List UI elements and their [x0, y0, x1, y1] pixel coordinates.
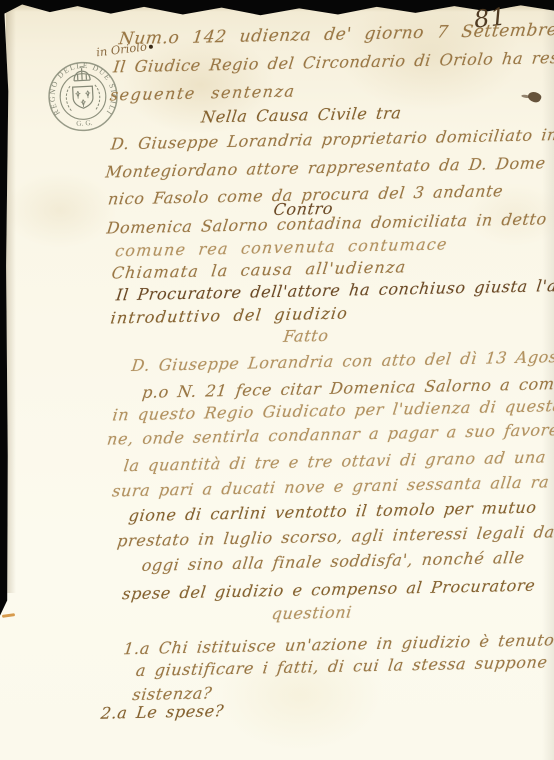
manuscript-line: gione di carlini ventotto il tomolo per …: [128, 498, 538, 526]
manuscript-line: Nella Causa Civile tra: [53, 100, 549, 129]
manuscript-line: 2.a Le spese?: [100, 701, 225, 723]
manuscript-line: Montegiordano attore rappresentato da D.…: [104, 153, 546, 181]
manuscript: Num.o 142 udienza de' giorno 7 Settembre…: [0, 0, 554, 760]
manuscript-line: sura pari a ducati nove e grani sessanta…: [111, 472, 550, 500]
manuscript-line: Chiamata la causa all'udienza: [111, 257, 408, 282]
manuscript-line: seguente sentenza: [109, 82, 297, 105]
manuscript-line: D. Giuseppe Lorandria con atto del dì 13…: [131, 347, 554, 375]
manuscript-line: ne, onde sentirla condannar a pagar a su…: [106, 420, 554, 449]
manuscript-line: introduttivo del giudizio: [110, 303, 350, 327]
manuscript-line: oggi sino alla finale soddisfa', nonché …: [141, 548, 526, 575]
manuscript-line: prestato in luglio scorso, agli interess…: [116, 522, 554, 550]
manuscript-line: D. Giuseppe Lorandria proprietario domic…: [110, 125, 554, 153]
manuscript-line: Num.o 142 udienza de' giorno 7 Settembre…: [118, 19, 554, 50]
manuscript-line: Il Giudice Regio del Circondario di Orio…: [112, 47, 554, 76]
manuscript-line: la quantità di tre e tre ottavi di grano…: [123, 447, 554, 476]
document-scan: REGNO DELLE DUE SICILIE G. G. 81 in Orio…: [0, 0, 554, 760]
